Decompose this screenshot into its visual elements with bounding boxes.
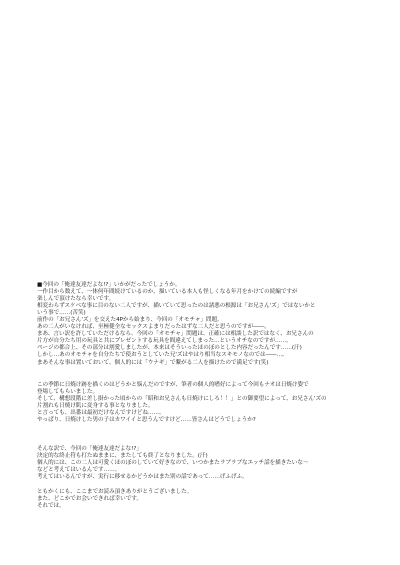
text-line: 片割れも日焼け肌に変身する事となりました。 [37,403,357,410]
afterword-text-block: ■今回の「俺達友達だよな!?」いかがだったでしょうか。 一作目から数えて、一体何… [37,282,357,510]
paragraph-spacer [37,424,357,446]
paragraph-spacer [37,481,357,489]
text-line: やっぱり、日焼けした男の子はカワイイと思うんですけど……皆さんはどうでしょうか? [37,417,357,424]
text-line: 考えてはいるんですが、実行に移せるかどうかはまた別の話であって……げふげふ。 [37,474,357,481]
text-line: しかし…あのオモチャを自分たちで使おうとしていた兄'ズはやはり相当なスキモノなの… [37,352,357,359]
text-line: と言っても、出番は最初だけなんですけどね……。 [37,410,357,417]
paragraph-conclusion: そんな訳で、今回の「俺達友達だよな!?」 決定的な終止符も打たぬままに、またして… [37,446,357,481]
text-line: 個人的には、この二人は可愛くほのぼのしていて好きなので、いつかまたラブラブなエッ… [37,460,357,467]
text-line: そして、構想段階に差し掛かった頃からの「昭和お兄さんも日焼けにしろ！！」との御要… [37,396,357,403]
text-line: そんな訳で、今回の「俺達友達だよな!?」 [37,446,357,453]
text-line: ■今回の「俺達友達だよな!?」いかがだったでしょうか。 [37,282,357,289]
paragraph-spacer [37,367,357,382]
text-line: また、どこかでお会いできれば幸いです。 [37,496,357,503]
paragraph-tan: この季節に日焼け跡を描くのはどうかと悩んだのですが、筆者の個人的嗜好によって今回… [37,382,357,424]
paragraph-closing: ともかくにも、ここまでお読み頂きありがとうございました。 また、どこかでお会いで… [37,489,357,510]
text-line: 決定的な終止符も打たぬままに、またしても終了となりました。(汗) [37,453,357,460]
paragraph-intro: ■今回の「俺達友達だよな!?」いかがだったでしょうか。 一作目から数えて、一体何… [37,282,357,367]
afterword-page: ■今回の「俺達友達だよな!?」いかがだったでしょうか。 一作目から数えて、一体何… [0,0,400,565]
text-line: まあそんな事は置いておいて、個人的には「ウナギ」で繋がる二人を描けたので満足です… [37,360,357,367]
text-line: などと考えてはいるんです……。 [37,467,357,474]
text-line: この季節に日焼け跡を描くのはどうかと悩んだのですが、筆者の個人的嗜好によって今回… [37,382,357,389]
text-line: 登場してもらいました。 [37,389,357,396]
text-line: それでは。 [37,503,357,510]
